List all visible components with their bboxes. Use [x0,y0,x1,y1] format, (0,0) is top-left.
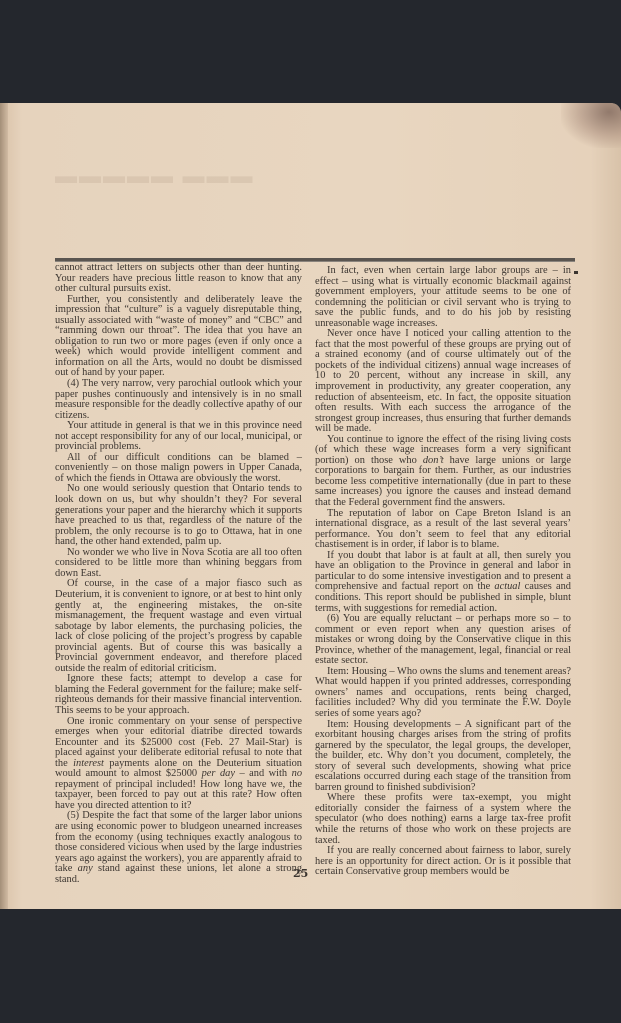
paragraph: Where these profits were tax-exempt, you… [315,793,571,846]
right-column: In fact, even when certain large labor g… [315,266,571,878]
paragraph: Of course, in the case of a major fiasco… [55,579,302,674]
page-corner-shadow [561,103,621,148]
paragraph: The reputation of labor on Cape Breton I… [315,509,571,551]
magazine-page: ▬▬▬▬▬ ▬▬▬ cannot attract letters on subj… [0,103,621,909]
paragraph: Never once have I noticed your calling a… [315,329,571,434]
paragraph: Your attitude in general is that we in t… [55,421,302,453]
margin-mark [574,271,578,274]
paragraph: Item: Housing – Who owns the slums and t… [315,667,571,720]
paragraph: (5) Despite the fact that some of the la… [55,811,302,885]
paragraph: If you are really concerned about fairne… [315,846,571,878]
paragraph: (4) The very narrow, very parochial outl… [55,379,302,421]
paragraph: (6) You are equally reluctant – or perha… [315,614,571,667]
bleed-through-text: ▬▬▬▬▬ ▬▬▬ [55,163,255,189]
page-number: 25 [293,867,308,880]
paragraph: Further, you consistently and deliberate… [55,295,302,379]
paragraph: No wonder we who live in Nova Scotia are… [55,548,302,580]
paragraph: In fact, even when certain large labor g… [315,266,571,329]
paragraph: Item: Housing developments – A significa… [315,720,571,794]
paragraph: Ignore these facts; attempt to develop a… [55,674,302,716]
paragraph: No one would seriously question that Ont… [55,484,302,547]
paragraph: One ironic commentary on your sense of p… [55,717,302,812]
paragraph: cannot attract letters on subjects other… [55,263,302,295]
page-spine-shadow [0,103,8,909]
paragraph: All of our difficult conditions can be b… [55,453,302,485]
left-column: cannot attract letters on subjects other… [55,263,302,885]
paragraph: If you doubt that labor is at fault at a… [315,551,571,614]
paragraph: You continue to ignore the effect of the… [315,435,571,509]
